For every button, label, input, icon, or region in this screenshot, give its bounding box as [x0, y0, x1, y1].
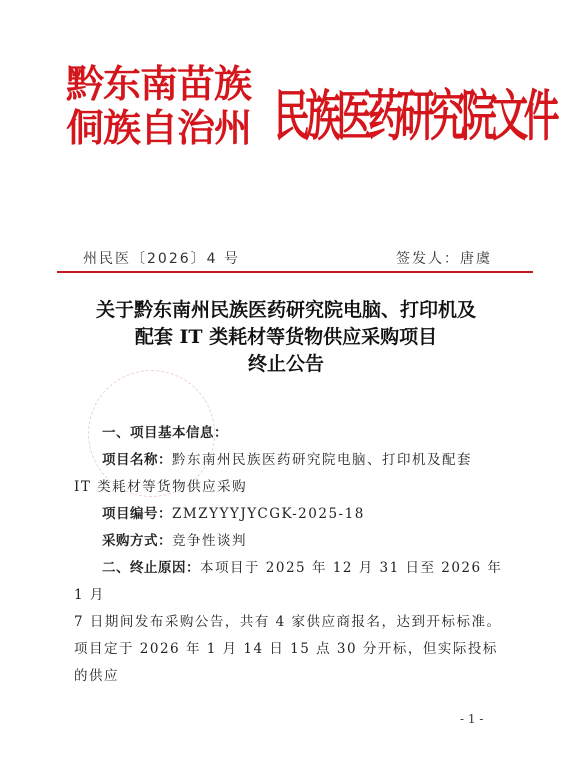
header-left-block: 黔东南苗族 侗族自治州 — [66, 62, 271, 150]
header-right-title: 民族医药研究院文件 — [274, 68, 555, 164]
title-line-1: 关于黔东南州民族医药研究院电脑、打印机及 — [40, 297, 532, 324]
termination-reason-line-2: 7 日期间发布采购公告，共有 4 家供应商报名，达到开标标准。 — [74, 609, 506, 636]
title-line-3: 终止公告 — [40, 351, 532, 378]
project-name: 项目名称：黔东南州民族医药研究院电脑、打印机及配套 — [74, 447, 506, 474]
header-line-2: 侗族自治州 — [66, 106, 271, 150]
document-number: 州民医〔2026〕4 号 — [83, 248, 240, 268]
page-number: - 1 - — [460, 712, 483, 726]
termination-reason: 二、终止原因：本项目于 2025 年 12 月 31 日至 2026 年 1 月 — [74, 555, 506, 609]
project-name-cont: IT 类耗材等货物供应采购 — [74, 474, 506, 501]
project-number: 项目编号：ZMZYYYJYCGK-2025-18 — [74, 501, 506, 528]
document-body: 一、项目基本信息： 项目名称：黔东南州民族医药研究院电脑、打印机及配套 IT 类… — [74, 420, 506, 690]
header-line-1: 黔东南苗族 — [66, 62, 271, 106]
procurement-method: 采购方式：竞争性谈判 — [74, 528, 506, 555]
termination-reason-line-3: 项目定于 2026 年 1 月 14 日 15 点 30 分开标，但实际投标的供… — [74, 636, 506, 690]
section-1-heading: 一、项目基本信息： — [74, 420, 506, 447]
title-line-2: 配套 IT 类耗材等货物供应采购项目 — [40, 324, 532, 351]
signer: 签发人：唐虞 — [396, 248, 492, 268]
document-header: 黔东南苗族 侗族自治州 民族医药研究院文件 — [66, 62, 516, 162]
document-title: 关于黔东南州民族医药研究院电脑、打印机及 配套 IT 类耗材等货物供应采购项目 … — [40, 297, 532, 378]
red-divider — [57, 271, 533, 273]
